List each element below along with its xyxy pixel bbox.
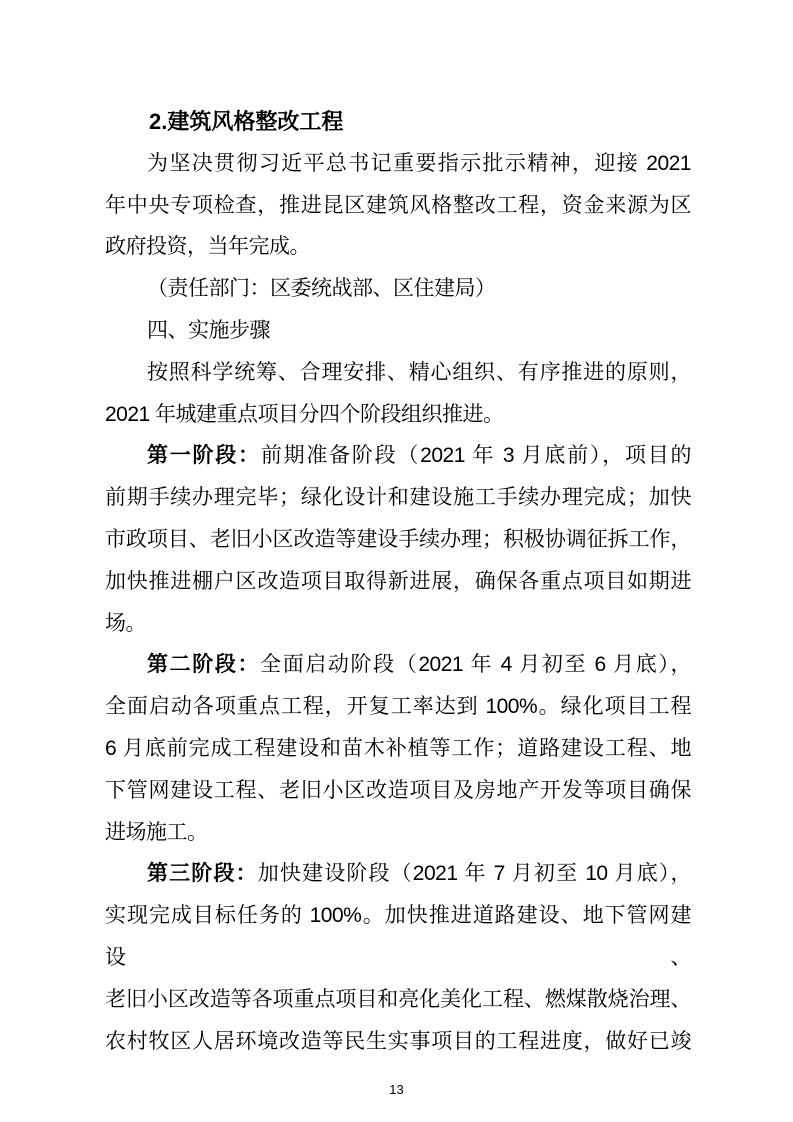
text-line: 第三阶段：加快建设阶段（2021 年 7 月初至 10 月底）， <box>105 853 691 895</box>
text-line: 全面启动各项重点工程，开复工率达到 100%。绿化项目工程 <box>105 686 691 728</box>
document-content: 2.建筑风格整改工程 为坚决贯彻习近平总书记重要指示批示精神，迎接 2021年中… <box>0 0 793 1062</box>
text-line: 市政项目、老旧小区改造等建设手续办理；积极协调征拆工作， <box>105 519 691 561</box>
text-line: 按照科学统筹、合理安排、精心组织、有序推进的原则， <box>105 352 691 394</box>
text-line: 实现完成目标任务的 100%。加快推进道路建设、地下管网建设、 <box>105 895 691 979</box>
text-line: 第一阶段：前期准备阶段（2021 年 3 月底前），项目的 <box>105 435 691 477</box>
stage-label: 第三阶段： <box>147 862 258 885</box>
text-line: 农村牧区人居环境改造等民生实事项目的工程进度，做好已竣 <box>105 1021 691 1063</box>
text-line: 政府投资，当年完成。 <box>105 226 691 268</box>
text-line: 老旧小区改造等各项重点项目和亮化美化工程、燃煤散烧治理、 <box>105 979 691 1021</box>
text-line: 加快推进棚户区改造项目取得新进展，确保各重点项目如期进 <box>105 561 691 603</box>
text-line: （责任部门：区委统战部、区住建局） <box>105 268 691 310</box>
text-line: 场。 <box>105 603 691 645</box>
paragraphs-container: 为坚决贯彻习近平总书记重要指示批示精神，迎接 2021年中央专项检查，推进昆区建… <box>105 143 691 1063</box>
text-line: 年中央专项检查，推进昆区建筑风格整改工程，资金来源为区 <box>105 185 691 227</box>
text-line: 2021 年城建重点项目分四个阶段组织推进。 <box>105 394 691 436</box>
page-number: 13 <box>0 1082 793 1098</box>
stage-label: 第二阶段： <box>147 653 260 676</box>
text-line: 四、实施步骤 <box>105 310 691 352</box>
text-line: 第二阶段：全面启动阶段（2021 年 4 月初至 6 月底）， <box>105 644 691 686</box>
text-line: 6 月底前完成工程建设和苗木补植等工作；道路建设工程、地 <box>105 728 691 770</box>
stage-label: 第一阶段： <box>147 444 261 467</box>
section-heading: 2.建筑风格整改工程 <box>105 101 691 143</box>
text-line: 为坚决贯彻习近平总书记重要指示批示精神，迎接 2021 <box>105 143 691 185</box>
text-line: 下管网建设工程、老旧小区改造项目及房地产开发等项目确保 <box>105 770 691 812</box>
text-line: 前期手续办理完毕；绿化设计和建设施工手续办理完成；加快 <box>105 477 691 519</box>
text-line: 进场施工。 <box>105 812 691 854</box>
document-page: 2.建筑风格整改工程 为坚决贯彻习近平总书记重要指示批示精神，迎接 2021年中… <box>0 0 793 1122</box>
